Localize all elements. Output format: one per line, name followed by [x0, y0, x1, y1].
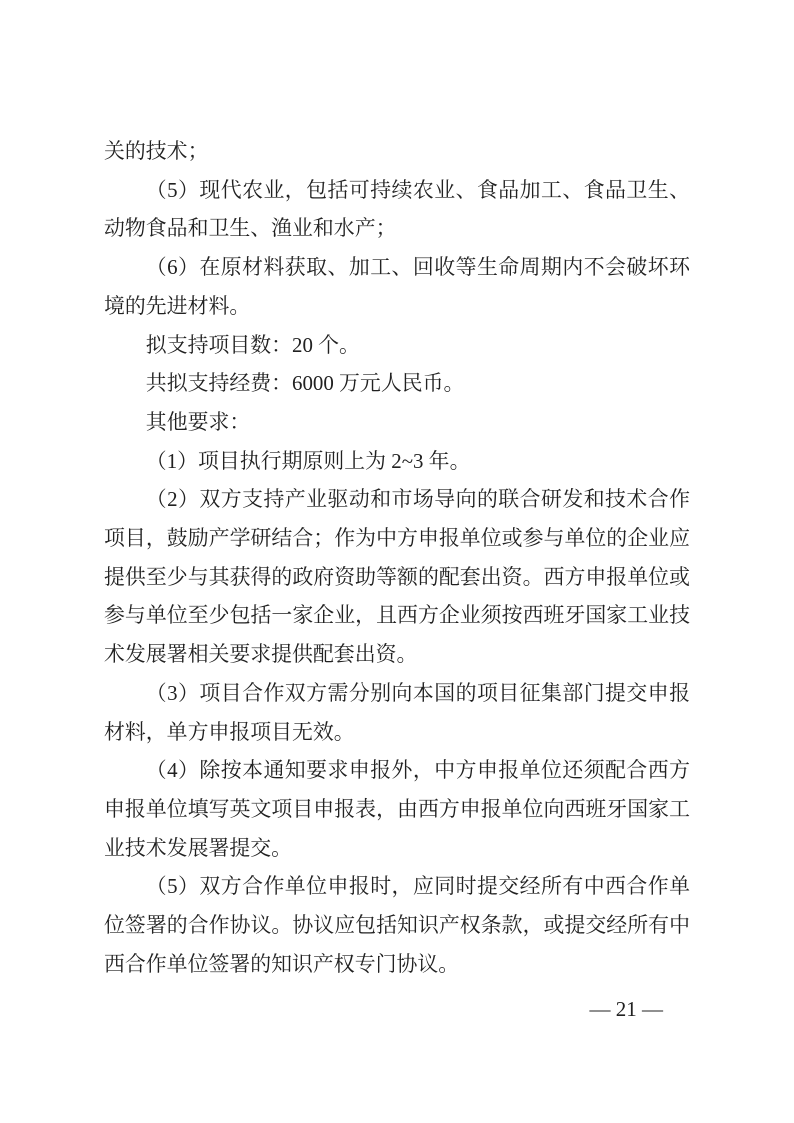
- paragraph-total-funding: 共拟支持经费：6000 万元人民币。: [104, 364, 690, 403]
- paragraph-requirement-1: （1）项目执行期原则上为 2~3 年。: [104, 442, 690, 481]
- document-body-text: 关的技术； （5）现代农业，包括可持续农业、食品加工、食品卫生、动物食品和卫生、…: [104, 132, 690, 983]
- paragraph-project-count: 拟支持项目数：20 个。: [104, 326, 690, 365]
- paragraph-item-5-modern-agriculture: （5）现代农业，包括可持续农业、食品加工、食品卫生、动物食品和卫生、渔业和水产；: [104, 171, 690, 248]
- document-page: 关的技术； （5）现代农业，包括可持续农业、食品加工、食品卫生、动物食品和卫生、…: [0, 0, 794, 1123]
- page-number: — 21 —: [590, 994, 664, 1024]
- paragraph-requirement-4: （4）除按本通知要求申报外，中方申报单位还须配合西方申报单位填写英文项目申报表，…: [104, 751, 690, 867]
- paragraph-requirement-5: （5）双方合作单位申报时，应同时提交经所有中西合作单位签署的合作协议。协议应包括…: [104, 867, 690, 983]
- paragraph-continuation: 关的技术；: [104, 132, 690, 171]
- paragraph-requirement-2: （2）双方支持产业驱动和市场导向的联合研发和技术合作项目，鼓励产学研结合；作为中…: [104, 480, 690, 674]
- paragraph-requirement-3: （3）项目合作双方需分别向本国的项目征集部门提交申报材料，单方申报项目无效。: [104, 674, 690, 751]
- paragraph-item-6-advanced-materials: （6）在原材料获取、加工、回收等生命周期内不会破坏环境的先进材料。: [104, 248, 690, 325]
- paragraph-other-requirements-heading: 其他要求：: [104, 403, 690, 442]
